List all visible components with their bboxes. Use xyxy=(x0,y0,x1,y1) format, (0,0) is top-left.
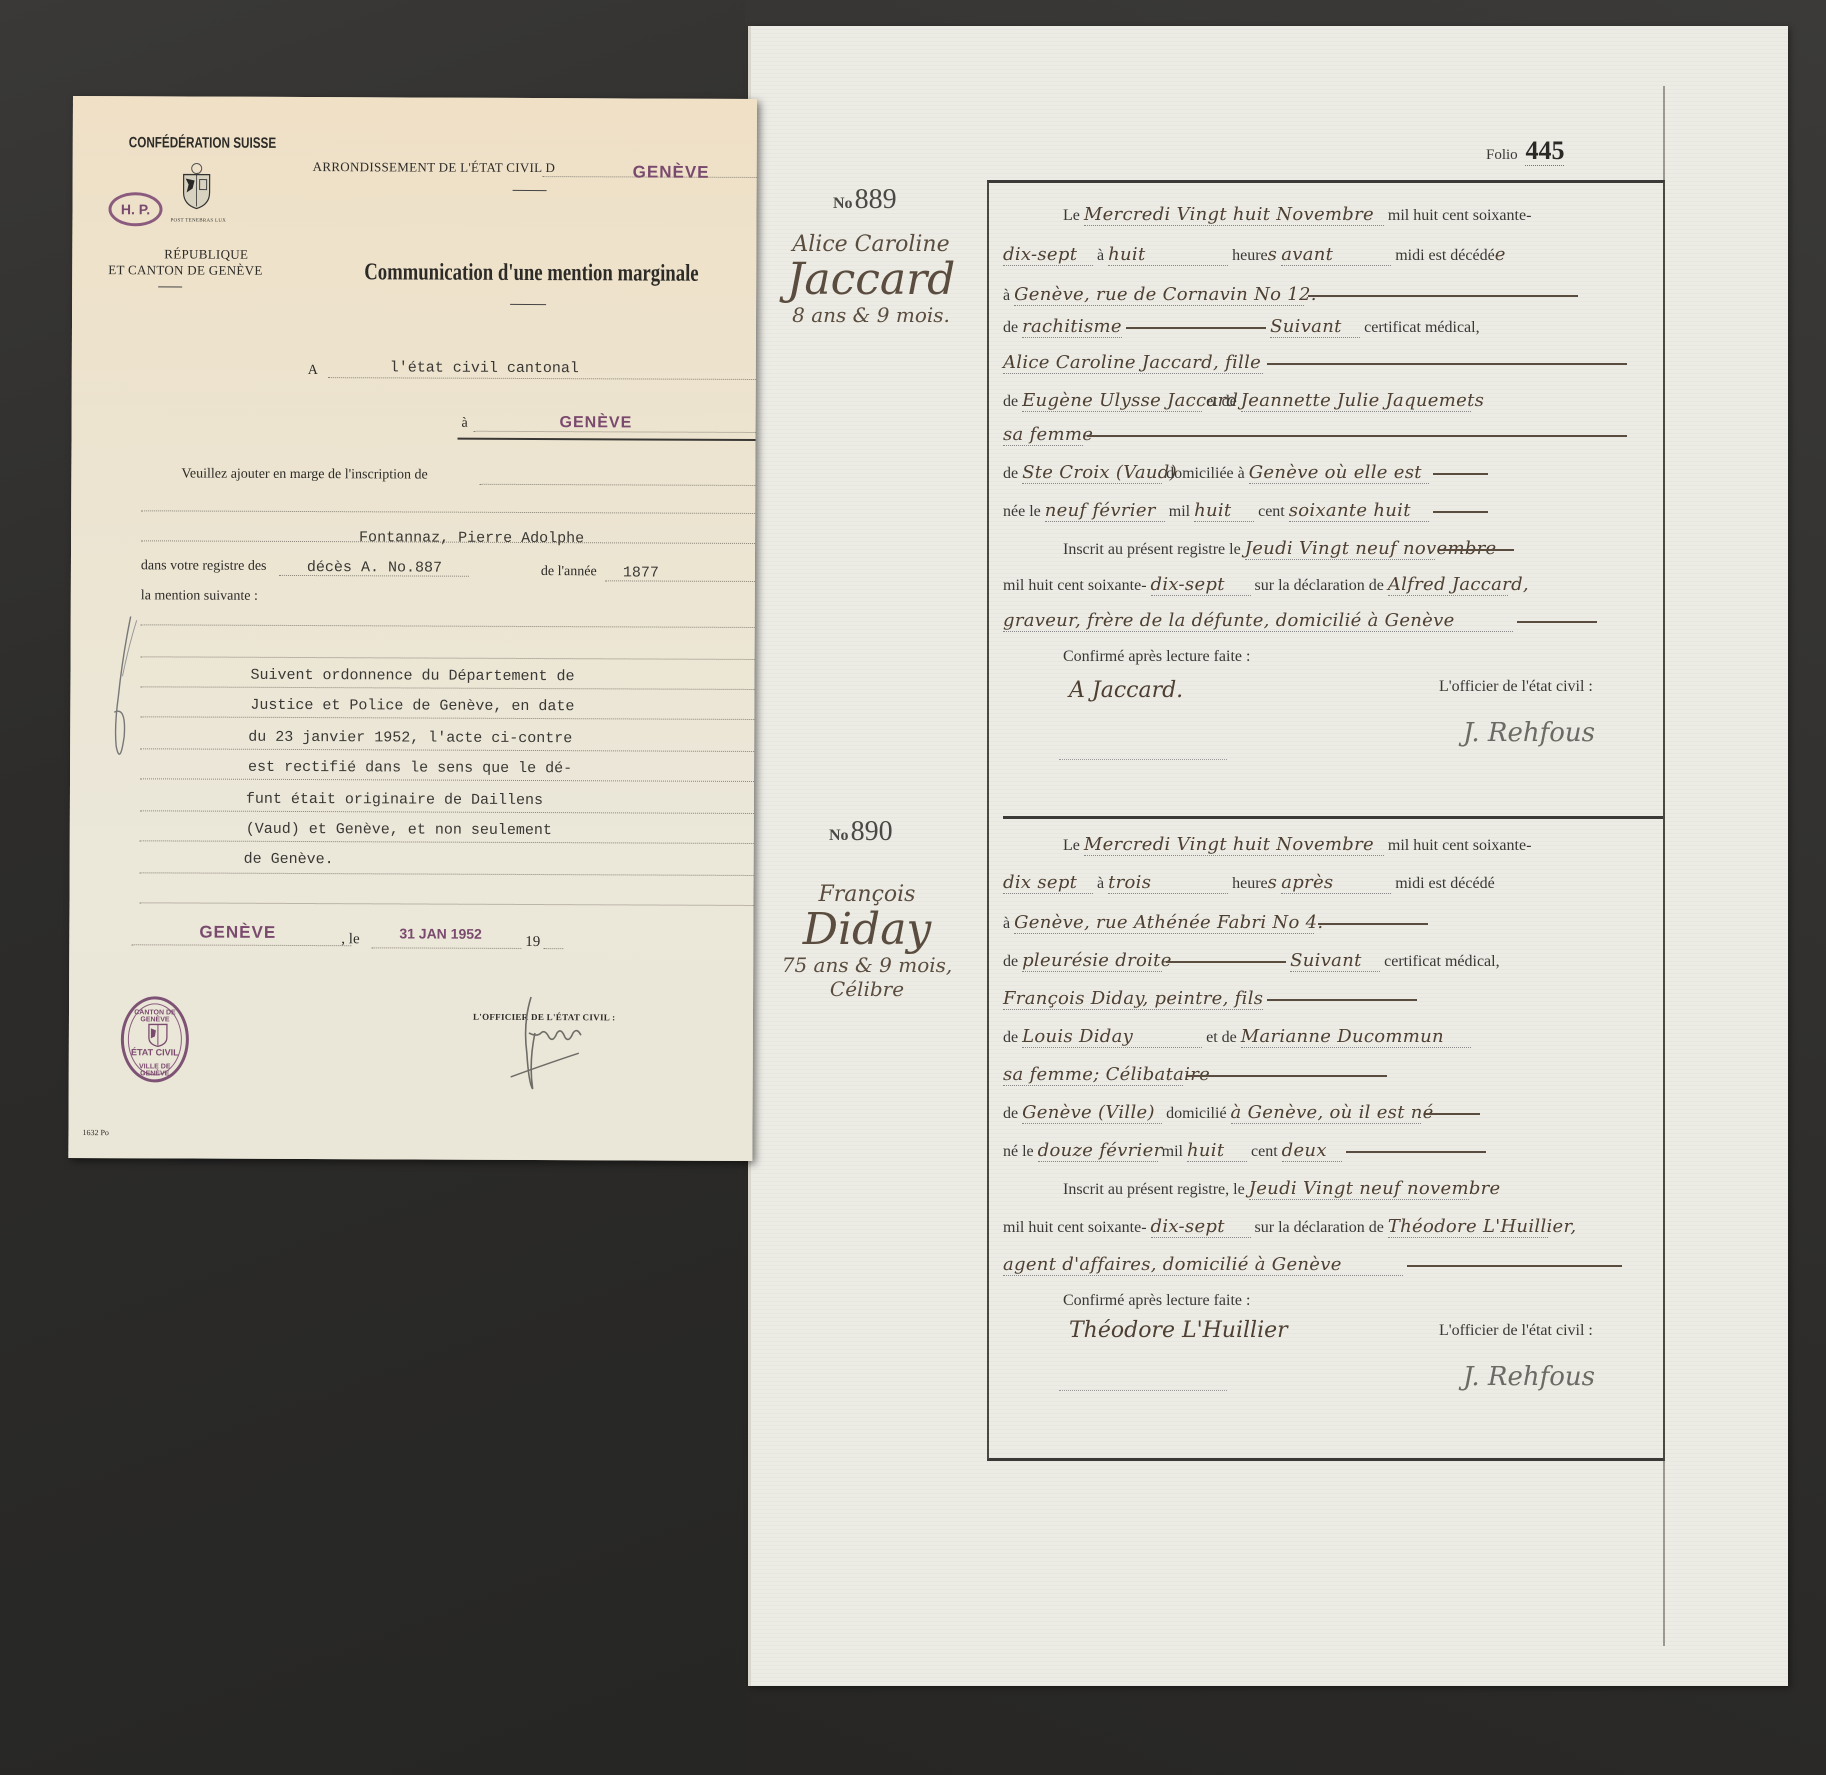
mention-line xyxy=(140,840,754,844)
margin-name-entry-890: François Diday 75 ans & 9 mois, Célibre xyxy=(767,882,967,1001)
divider xyxy=(158,286,182,287)
year-value: 1877 xyxy=(623,564,659,581)
mention-line xyxy=(140,748,754,752)
entry-number-889: No889 xyxy=(833,184,897,216)
recipient-a-label: A xyxy=(308,363,318,379)
entry-890-line-time: dix sept à trois heures après midi est d… xyxy=(1003,872,1495,894)
entry-890-line-wife: sa femme; Célibataire xyxy=(1003,1064,1387,1086)
footer-year-prefix: 19 xyxy=(525,934,540,951)
mention-line xyxy=(140,810,754,814)
register-value: décès A. No.887 xyxy=(307,559,442,577)
form-title: Communication d'une mention marginale xyxy=(364,259,698,287)
mention-line xyxy=(140,716,754,720)
footer-place-line xyxy=(131,944,351,946)
mention-text-line: (Vaud) et Genève, et non seulement xyxy=(246,821,552,839)
geneva-coat-of-arms-icon xyxy=(180,162,214,210)
entry-890-line-inscrit: Inscrit au présent registre, le Jeudi Vi… xyxy=(1063,1178,1469,1200)
request-line xyxy=(141,510,755,514)
entry-889-line-inscrit: Inscrit au présent registre le Jeudi Vin… xyxy=(1063,538,1514,560)
entry-890-officer-signature: J. Rehfous xyxy=(1463,1362,1595,1392)
etat-civil-round-stamp: CANTON DE GENÈVE ÉTAT CIVIL VILLE DE GEN… xyxy=(121,996,189,1082)
entry-890-line-origin: de Genève (Ville) domicilié à Genève, où… xyxy=(1003,1102,1480,1124)
republic-line2: ET CANTON DE GENÈVE xyxy=(108,262,262,279)
margin-surname: Diday xyxy=(767,907,967,953)
entry-889-officer-label: L'officier de l'état civil : xyxy=(1439,678,1593,696)
folio: Folio 445 xyxy=(1486,136,1564,166)
arrondissement-value-stamp: GENÈVE xyxy=(633,162,710,182)
divider xyxy=(513,190,547,191)
footer-place-stamp: GENÈVE xyxy=(199,923,276,943)
request-intro: Veuillez ajouter en marge de l'inscripti… xyxy=(181,466,427,483)
entry-890-line-name: François Diday, peintre, fils xyxy=(1003,988,1417,1010)
year-label: de l'année xyxy=(541,564,597,580)
mention-line xyxy=(141,624,755,628)
entry-889-line-wife: sa femme xyxy=(1003,424,1627,446)
entry-889-line-declaration: mil huit cent soixante- dix-sept sur la … xyxy=(1003,574,1508,596)
footer-date-stamp: 31 JAN 1952 xyxy=(399,925,482,941)
entry-889-line-parents: de Eugène Ulysse Jaccard et de Jeannette… xyxy=(1003,390,1471,412)
entry-889-line-declarant-detail: graveur, frère de la défunte, domicilié … xyxy=(1003,610,1597,632)
coat-motto: POST TENEBRAS LUX xyxy=(170,218,226,223)
arrondissement-label: ARRONDISSEMENT DE L'ÉTAT CIVIL D xyxy=(313,159,556,176)
register-label: dans votre registre des xyxy=(141,558,267,575)
entry-890-line-parents: de Louis Diday et de Marianne Ducommun xyxy=(1003,1026,1471,1048)
footer-le-label: , le xyxy=(341,931,359,948)
divider xyxy=(510,304,546,305)
form-code: 1632 Po xyxy=(82,1128,108,1137)
mention-line xyxy=(140,872,754,876)
footer-date-line xyxy=(371,947,521,949)
entry-890-line-place: à Genève, rue Athénée Fabri No 4. xyxy=(1003,912,1428,934)
request-line xyxy=(479,484,755,486)
margin-flourish-mark xyxy=(108,616,139,766)
entry-889-line-date: Le Mercredi Vingt huit Novembre mil huit… xyxy=(1063,204,1531,226)
confederation-heading: CONFÉDÉRATION SUISSE xyxy=(129,134,276,152)
entry-889-line-name: Alice Caroline Jaccard, fille xyxy=(1003,352,1627,374)
folio-number: 445 xyxy=(1525,136,1564,166)
officer-signature xyxy=(509,993,599,1093)
entry-889-line-birth: née le neuf février mil huit cent soixan… xyxy=(1003,500,1488,522)
mention-text-line: funt était originaire de Daillens xyxy=(246,791,543,809)
entry-number-890: No890 xyxy=(829,816,893,848)
republic-line1: RÉPUBLIQUE xyxy=(164,246,248,262)
entry-889-confirme-label: Confirmé après lecture faite : xyxy=(1063,648,1250,666)
signature-line xyxy=(1059,1390,1227,1391)
mention-line xyxy=(140,778,754,782)
entry-890-line-declaration: mil huit cent soixante- dix-sept sur la … xyxy=(1003,1216,1548,1238)
entry-889-line-time: dix-sept à huit heures avant midi est dé… xyxy=(1003,244,1506,266)
mention-text-line: Suivent ordonnence du Département de xyxy=(250,667,574,685)
entry-889-line-origin: de Ste Croix (Vaud) domiciliée à Genève … xyxy=(1003,462,1488,484)
entry-separator-rule xyxy=(1003,816,1663,819)
margin-age: 8 ans & 9 mois. xyxy=(771,303,971,327)
footer-year-line xyxy=(543,948,563,949)
margin-age: 75 ans & 9 mois, Célibre xyxy=(767,953,967,1001)
recipient-place-label: à xyxy=(462,416,468,432)
mention-line xyxy=(139,902,753,906)
mention-label: la mention suivante : xyxy=(141,588,258,605)
entry-890-line-date: Le Mercredi Vingt huit Novembre mil huit… xyxy=(1063,834,1531,856)
entry-890-officer-label: L'officier de l'état civil : xyxy=(1439,1322,1593,1340)
marginal-mention-form: CONFÉDÉRATION SUISSE POST TENEBRAS LUX H… xyxy=(68,96,757,1161)
entry-890-declarant-signature: Théodore L'Huillier xyxy=(1069,1318,1288,1343)
recipient-value: l'état civil cantonal xyxy=(390,359,579,377)
entry-889-line-place: à Genève, rue de Cornavin No 12. xyxy=(1003,284,1578,306)
mention-text-line: est rectifié dans le sens que le dé- xyxy=(248,759,572,777)
recipient-line xyxy=(328,377,756,380)
person-name: Fontannaz, Pierre Adolphe xyxy=(359,529,584,547)
mention-text-line: de Genève. xyxy=(244,851,334,868)
mention-line xyxy=(140,686,754,690)
entry-890-confirme-label: Confirmé après lecture faite : xyxy=(1063,1292,1250,1310)
recipient-place-stamp: GENÈVE xyxy=(560,414,633,432)
entry-889-line-cause: de rachitisme Suivant certificat médical… xyxy=(1003,316,1480,338)
margin-name-entry-889: Alice Caroline Jaccard 8 ans & 9 mois. xyxy=(771,232,971,327)
underline xyxy=(458,438,756,441)
entry-890-line-birth: né le douze février mil huit cent deux xyxy=(1003,1140,1486,1162)
mention-text-line: du 23 janvier 1952, l'acte ci-contre xyxy=(248,729,572,747)
mention-line xyxy=(141,656,755,660)
entry-890-line-cause: de pleurésie droite Suivant certificat m… xyxy=(1003,950,1500,972)
folio-label: Folio xyxy=(1486,147,1518,163)
entry-890-line-declarant-detail: agent d'affaires, domicilié à Genève xyxy=(1003,1254,1622,1276)
mention-text-line: Justice et Police de Genève, en date xyxy=(250,697,574,715)
margin-surname: Jaccard xyxy=(771,257,971,303)
death-register-page: Folio 445 No889 Alice Caroline Jaccard 8… xyxy=(748,26,1788,1686)
stamp-shield-icon xyxy=(148,1023,168,1047)
hp-stamp: H. P. xyxy=(108,192,162,226)
